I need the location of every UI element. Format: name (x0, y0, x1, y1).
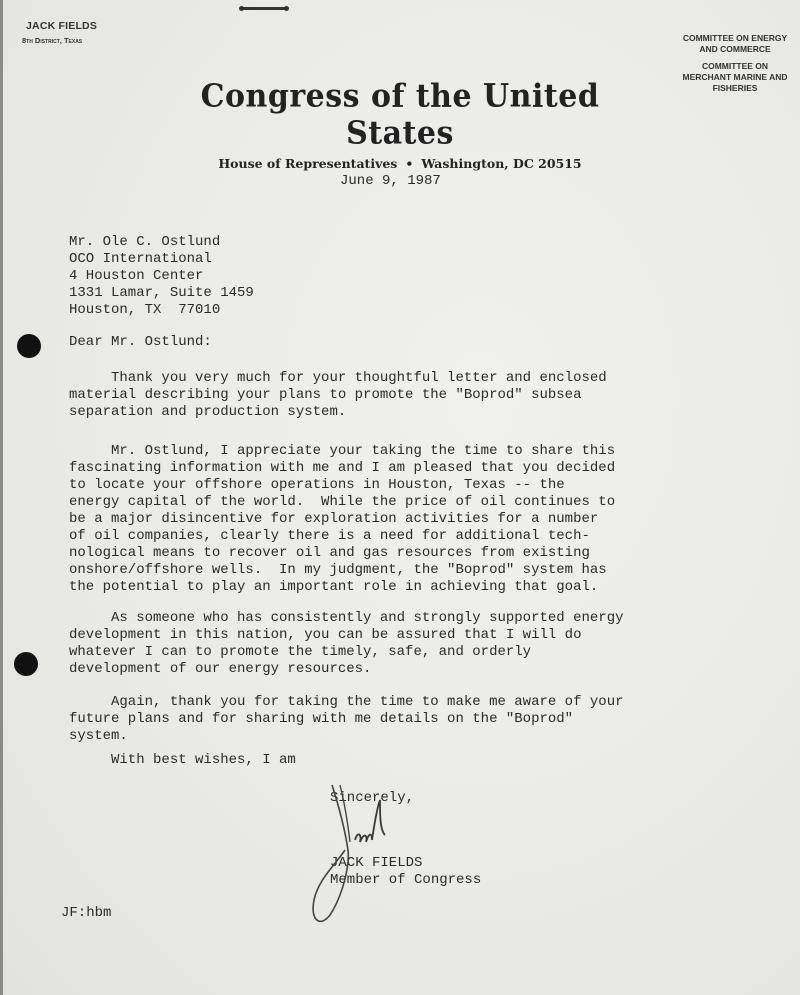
paragraph-1: Thank you very much for your thoughtful … (69, 370, 607, 421)
paragraph-5: With best wishes, I am (69, 752, 296, 769)
paragraph-2: Mr. Ostlund, I appreciate your taking th… (69, 443, 615, 596)
masthead-title: Congress of the United States (160, 78, 640, 152)
punch-hole-top (17, 334, 41, 358)
salutation: Dear Mr. Ostlund: (69, 334, 212, 351)
punch-hole-bottom (14, 652, 38, 676)
staple-mark (240, 7, 288, 10)
member-district: 8th District, Texas (22, 36, 82, 45)
paragraph-3: As someone who has consistently and stro… (69, 610, 624, 678)
masthead: Congress of the United States House of R… (160, 80, 640, 171)
letter-page: JACK FIELDS 8th District, Texas COMMITTE… (0, 0, 800, 995)
masthead-subtitle: House of Representatives•Washington, DC … (160, 156, 640, 171)
reference-initials: JF:hbm (61, 905, 111, 922)
separator-dot: • (405, 156, 413, 171)
committee-list: COMMITTEE ON ENERGY AND COMMERCE COMMITT… (680, 33, 790, 94)
committee-merchant-marine: COMMITTEE ON MERCHANT MARINE AND FISHERI… (680, 61, 790, 94)
house-label: House of Representatives (218, 156, 397, 171)
paragraph-4: Again, thank you for taking the time to … (69, 694, 624, 745)
committee-energy-commerce: COMMITTEE ON ENERGY AND COMMERCE (680, 33, 790, 55)
letter-date: June 9, 1987 (340, 173, 441, 190)
member-name: JACK FIELDS (26, 20, 97, 32)
page-edge-shadow (0, 0, 3, 995)
recipient-address: Mr. Ole C. Ostlund OCO International 4 H… (69, 234, 254, 319)
address-label: Washington, DC 20515 (421, 156, 581, 171)
handwritten-signature (300, 780, 440, 930)
